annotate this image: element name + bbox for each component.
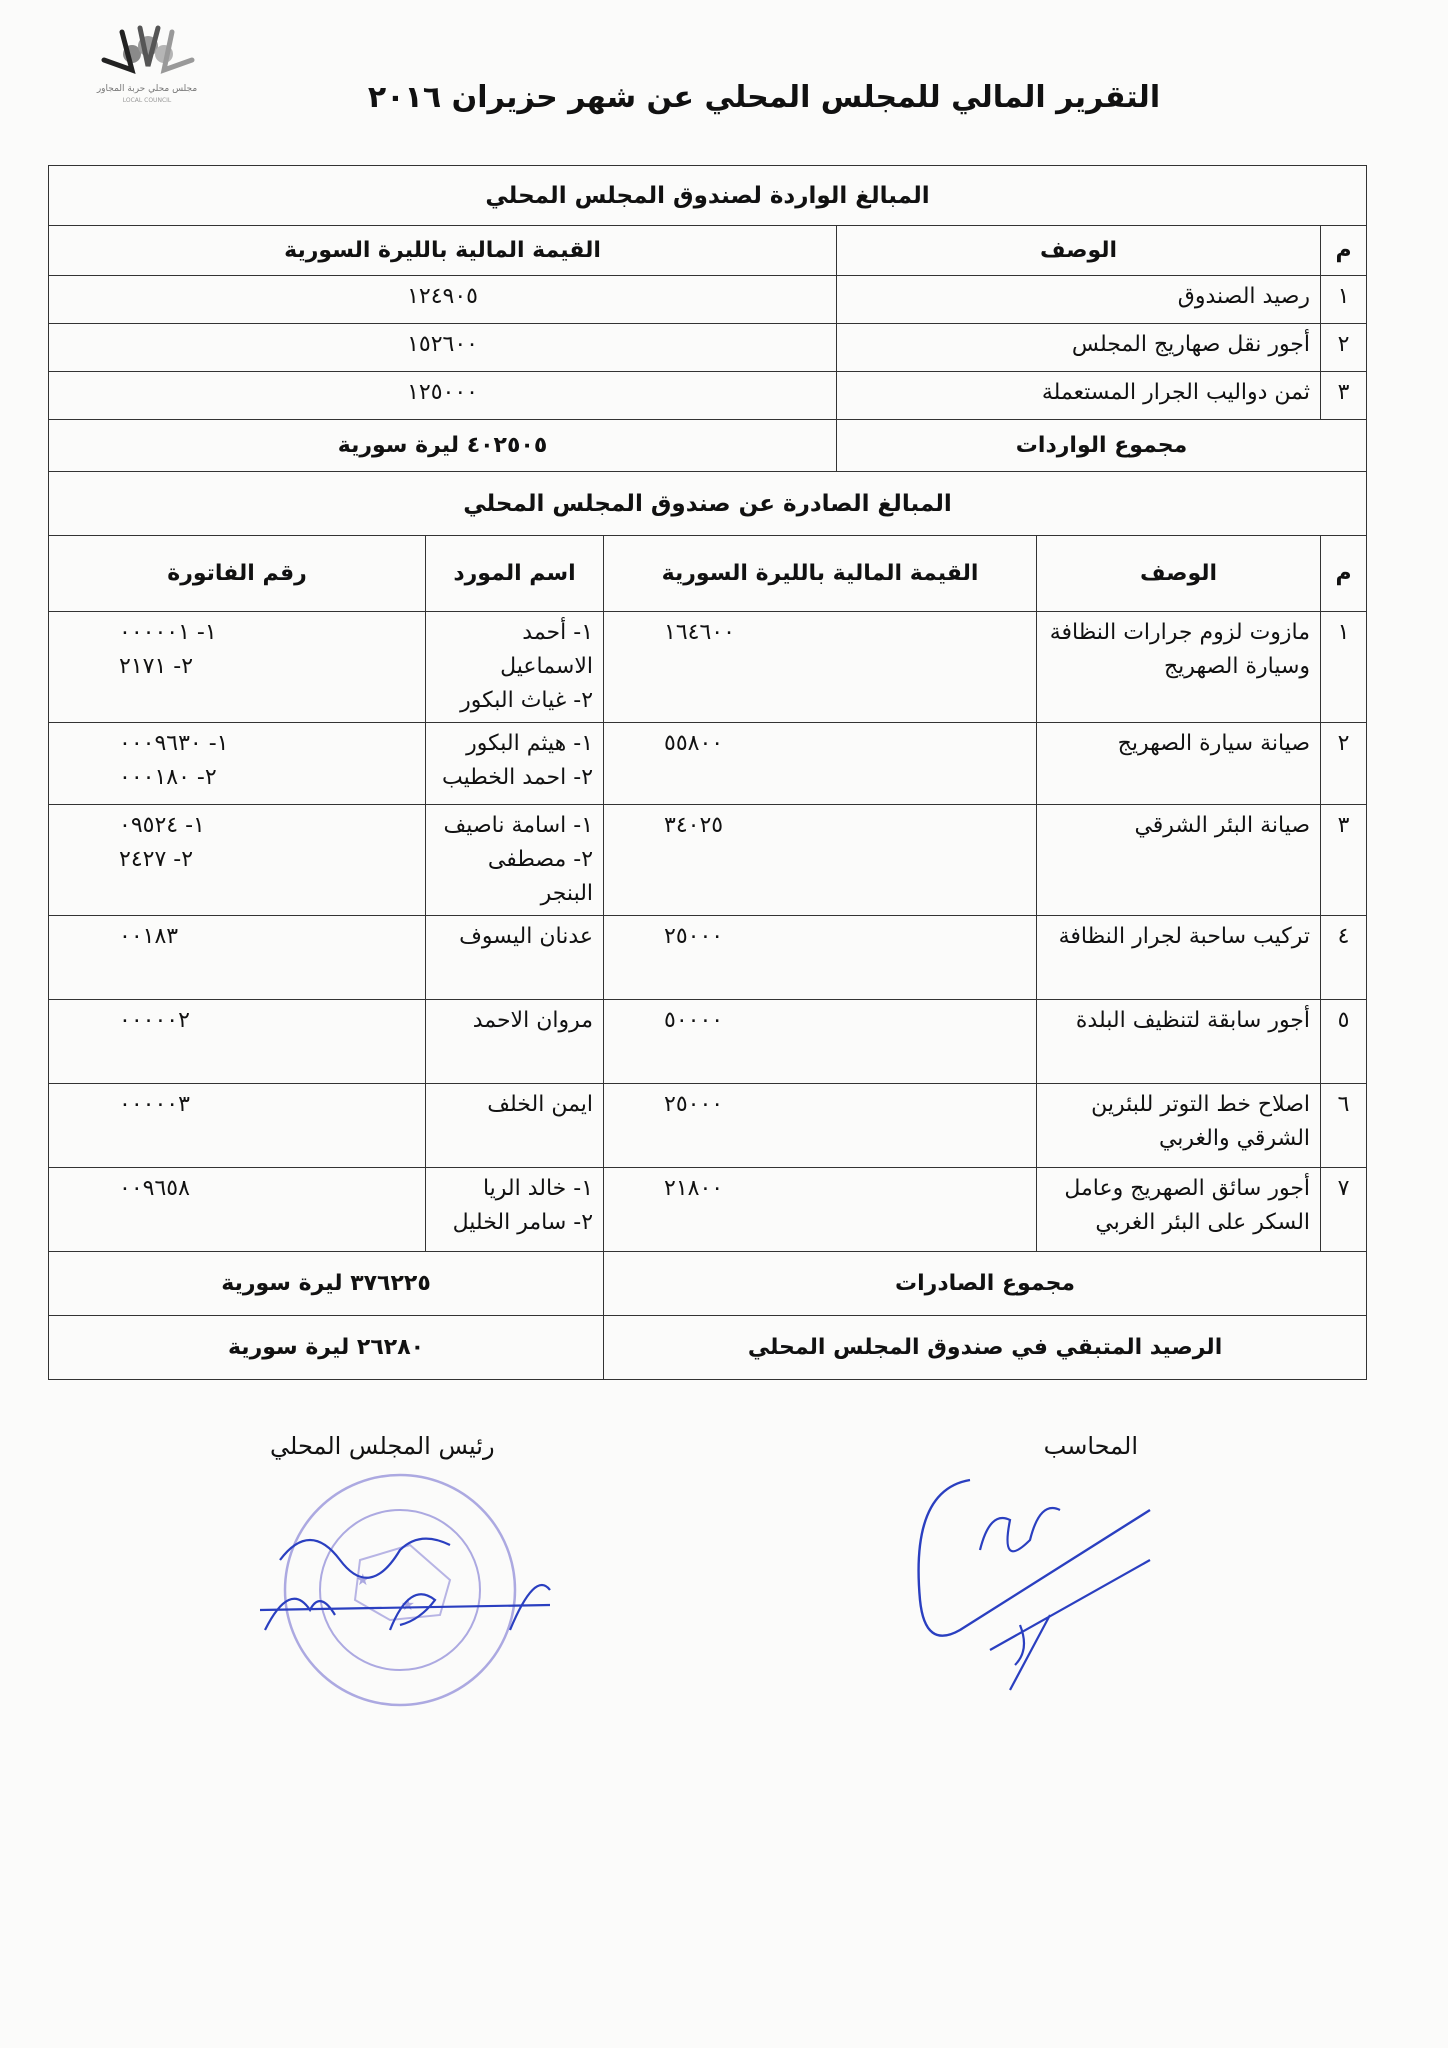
incoming-row-amount: ١٥٢٦٠٠ (49, 324, 837, 372)
supplier-line: ٢- احمد الخطيب (436, 761, 593, 795)
balance-row: الرصيد المتبقي في صندوق المجلس المحلي ٢٦… (49, 1316, 1367, 1380)
outgoing-row-description: اصلاح خط التوتر للبئرين الشرقي والغربي (1037, 1084, 1321, 1168)
outgoing-header-amount: القيمة المالية بالليرة السورية (604, 536, 1037, 612)
outgoing-header-supplier: اسم المورد (426, 536, 604, 612)
incoming-row-num: ١ (1321, 276, 1367, 324)
invoice-line: ٢- ٢٤٢٧ (119, 843, 415, 877)
outgoing-row: ٧ أجور سائق الصهريج وعامل السكر على البئ… (49, 1168, 1367, 1252)
outgoing-row-invoice: ٠٠٠٠٠٢ (49, 1000, 426, 1084)
incoming-row-description: ثمن دواليب الجرار المستعملة (837, 372, 1321, 420)
incoming-header-amount: القيمة المالية بالليرة السورية (49, 226, 837, 276)
incoming-header-description: الوصف (837, 226, 1321, 276)
outgoing-row-supplier: ايمن الخلف (426, 1084, 604, 1168)
invoice-line: ٠٠٠٠٠٣ (119, 1088, 415, 1122)
outgoing-total-label: مجموع الصادرات (604, 1252, 1367, 1316)
outgoing-row-supplier: مروان الاحمد (426, 1000, 604, 1084)
page-title: التقرير المالي للمجلس المحلي عن شهر حزير… (0, 80, 1448, 115)
invoice-line: ١- ٠٠٠٠٠١ (119, 616, 415, 650)
incoming-total-value: ٤٠٢٥٠٥ ليرة سورية (49, 420, 837, 472)
outgoing-row: ٥ أجور سابقة لتنظيف البلدة ٥٠٠٠٠ مروان ا… (49, 1000, 1367, 1084)
supplier-line: مروان الاحمد (436, 1004, 593, 1038)
incoming-row-description: رصيد الصندوق (837, 276, 1321, 324)
outgoing-row-amount: ٥٥٨٠٠ (604, 723, 1037, 805)
outgoing-row-num: ٥ (1321, 1000, 1367, 1084)
invoice-line: ١- ٠٠٠٩٦٣٠ (119, 727, 415, 761)
outgoing-section-title: المبالغ الصادرة عن صندوق المجلس المحلي (49, 472, 1367, 536)
outgoing-total-value: ٣٧٦٢٢٥ ليرة سورية (49, 1252, 604, 1316)
outgoing-row-description: صيانة البئر الشرقي (1037, 805, 1321, 916)
outgoing-row-supplier: ١- أحمد الاسماعيل ٢- غياث البكور (426, 612, 604, 723)
outgoing-row-invoice: ١- ٠٩٥٢٤ ٢- ٢٤٢٧ (49, 805, 426, 916)
outgoing-header-row: م الوصف القيمة المالية بالليرة السورية ا… (49, 536, 1367, 612)
outgoing-row-invoice: ١- ٠٠٠٠٠١ ٢- ٢١٧١ (49, 612, 426, 723)
outgoing-row-invoice: ٠٠٠٠٠٣ (49, 1084, 426, 1168)
outgoing-row-supplier: ١- هيثم البكور ٢- احمد الخطيب (426, 723, 604, 805)
outgoing-row-amount: ٥٠٠٠٠ (604, 1000, 1037, 1084)
outgoing-row-description: تركيب ساحبة لجرار النظافة (1037, 916, 1321, 1000)
outgoing-row-num: ٦ (1321, 1084, 1367, 1168)
outgoing-row: ٢ صيانة سيارة الصهريج ٥٥٨٠٠ ١- هيثم البك… (49, 723, 1367, 805)
accountant-signature-icon (900, 1450, 1200, 1700)
outgoing-total-row: مجموع الصادرات ٣٧٦٢٢٥ ليرة سورية (49, 1252, 1367, 1316)
incoming-row-description: أجور نقل صهاريج المجلس (837, 324, 1321, 372)
invoice-line: ٠٠٠٠٠٢ (119, 1004, 415, 1038)
outgoing-row: ٦ اصلاح خط التوتر للبئرين الشرقي والغربي… (49, 1084, 1367, 1168)
incoming-section-title: المبالغ الواردة لصندوق المجلس المحلي (49, 166, 1367, 226)
outgoing-header-description: الوصف (1037, 536, 1321, 612)
incoming-row-amount: ١٢٥٠٠٠ (49, 372, 837, 420)
outgoing-header-num: م (1321, 536, 1367, 612)
outgoing-row: ١ مازوت لزوم جرارات النظافة وسيارة الصهر… (49, 612, 1367, 723)
outgoing-row-description: صيانة سيارة الصهريج (1037, 723, 1321, 805)
outgoing-row-num: ٤ (1321, 916, 1367, 1000)
outgoing-row: ٣ صيانة البئر الشرقي ٣٤٠٢٥ ١- اسامة ناصي… (49, 805, 1367, 916)
supplier-line: ١- خالد الريا (436, 1172, 593, 1206)
outgoing-row-num: ٢ (1321, 723, 1367, 805)
invoice-line: ٢- ٠٠٠١٨٠ (119, 761, 415, 795)
incoming-total-row: مجموع الواردات ٤٠٢٥٠٥ ليرة سورية (49, 420, 1367, 472)
supplier-line: ١- أحمد الاسماعيل (436, 616, 593, 684)
supplier-line: ٢- سامر الخليل (436, 1206, 593, 1240)
supplier-line: ١- اسامة ناصيف (436, 809, 593, 843)
logo-figures-icon (92, 22, 202, 84)
incoming-header-num: م (1321, 226, 1367, 276)
outgoing-row-supplier: ١- اسامة ناصيف ٢- مصطفى البنجر (426, 805, 604, 916)
outgoing-row-invoice: ١- ٠٠٠٩٦٣٠ ٢- ٠٠٠١٨٠ (49, 723, 426, 805)
outgoing-row: ٤ تركيب ساحبة لجرار النظافة ٢٥٠٠٠ عدنان … (49, 916, 1367, 1000)
svg-text:★: ★ (356, 1570, 370, 1589)
outgoing-header-invoice: رقم الفاتورة (49, 536, 426, 612)
incoming-row: ١ رصيد الصندوق ١٢٤٩٠٥ (49, 276, 1367, 324)
outgoing-row-supplier: عدنان اليسوف (426, 916, 604, 1000)
outgoing-row-amount: ٢٥٠٠٠ (604, 1084, 1037, 1168)
outgoing-row-description: مازوت لزوم جرارات النظافة وسيارة الصهريج (1037, 612, 1321, 723)
outgoing-row-amount: ٢١٨٠٠ (604, 1168, 1037, 1252)
supplier-line: ١- هيثم البكور (436, 727, 593, 761)
supplier-line: ٢- غياث البكور (436, 684, 593, 718)
balance-value: ٢٦٢٨٠ ليرة سورية (49, 1316, 604, 1380)
outgoing-row-num: ٣ (1321, 805, 1367, 916)
incoming-total-label: مجموع الواردات (837, 420, 1367, 472)
outgoing-row-num: ٧ (1321, 1168, 1367, 1252)
outgoing-row-description: أجور سائق الصهريج وعامل السكر على البئر … (1037, 1168, 1321, 1252)
outgoing-row-amount: ٢٥٠٠٠ (604, 916, 1037, 1000)
outgoing-section-title-row: المبالغ الصادرة عن صندوق المجلس المحلي (49, 472, 1367, 536)
financial-report-table: المبالغ الواردة لصندوق المجلس المحلي م ا… (48, 165, 1367, 1380)
outgoing-row-invoice: ٠٠١٨٣ (49, 916, 426, 1000)
incoming-row-num: ٣ (1321, 372, 1367, 420)
incoming-row: ٣ ثمن دواليب الجرار المستعملة ١٢٥٠٠٠ (49, 372, 1367, 420)
incoming-row-amount: ١٢٤٩٠٥ (49, 276, 837, 324)
invoice-line: ٠٠١٨٣ (119, 920, 415, 954)
council-stamp-icon: ★ ★ (250, 1440, 570, 1720)
outgoing-row-amount: ١٦٤٦٠٠ (604, 612, 1037, 723)
incoming-section-title-row: المبالغ الواردة لصندوق المجلس المحلي (49, 166, 1367, 226)
incoming-row: ٢ أجور نقل صهاريج المجلس ١٥٢٦٠٠ (49, 324, 1367, 372)
outgoing-row-amount: ٣٤٠٢٥ (604, 805, 1037, 916)
invoice-line: ١- ٠٩٥٢٤ (119, 809, 415, 843)
balance-label: الرصيد المتبقي في صندوق المجلس المحلي (604, 1316, 1367, 1380)
supplier-line: ٢- مصطفى البنجر (436, 843, 593, 911)
supplier-line: عدنان اليسوف (436, 920, 593, 954)
outgoing-row-invoice: ٠٠٩٦٥٨ (49, 1168, 426, 1252)
supplier-line: ايمن الخلف (436, 1088, 593, 1122)
outgoing-row-num: ١ (1321, 612, 1367, 723)
invoice-line: ٢- ٢١٧١ (119, 650, 415, 684)
invoice-line: ٠٠٩٦٥٨ (119, 1172, 415, 1206)
outgoing-row-supplier: ١- خالد الريا ٢- سامر الخليل (426, 1168, 604, 1252)
outgoing-row-description: أجور سابقة لتنظيف البلدة (1037, 1000, 1321, 1084)
incoming-header-row: م الوصف القيمة المالية بالليرة السورية (49, 226, 1367, 276)
incoming-row-num: ٢ (1321, 324, 1367, 372)
